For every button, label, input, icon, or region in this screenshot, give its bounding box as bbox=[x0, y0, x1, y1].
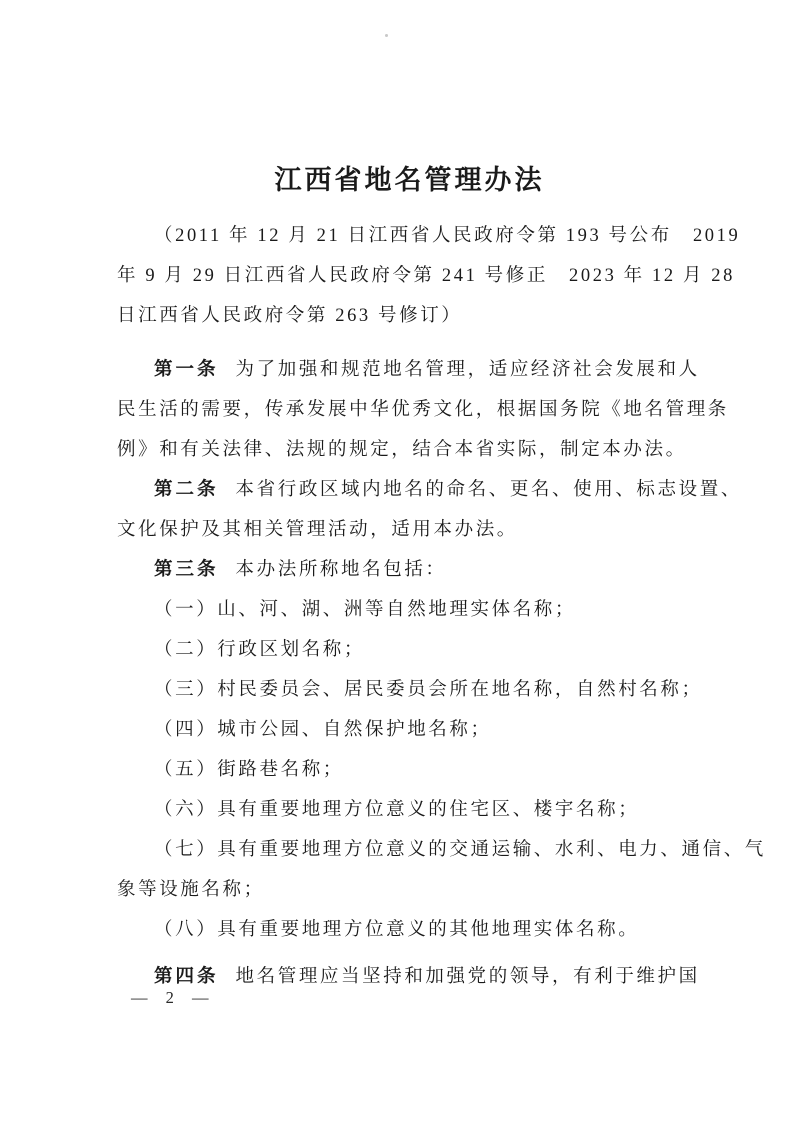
line-text: 民生活的需要，传承发展中华优秀文化，根据国务院《地名管理条 bbox=[117, 400, 729, 420]
line-text: 为了加强和规范地名管理，适应经济社会发展和人 bbox=[236, 360, 700, 380]
paragraph-item: （六）具有重要地理方位意义的住宅区、楼宇名称； bbox=[117, 790, 712, 830]
document-page: 江西省地名管理办法 （2011 年 12 月 21 日江西省人民政府令第 193… bbox=[0, 0, 802, 1133]
article-label: 第一条 bbox=[154, 360, 219, 380]
line-text: 年 9 月 29 日江西省人民政府令第 241 号修正 2023 年 12 月 … bbox=[117, 266, 735, 286]
document-title: 江西省地名管理办法 bbox=[0, 0, 802, 204]
document-body: （2011 年 12 月 21 日江西省人民政府令第 193 号公布 2019年… bbox=[117, 216, 712, 997]
text-line: 第一条为了加强和规范地名管理，适应经济社会发展和人 bbox=[117, 350, 712, 390]
line-text: （三）村民委员会、居民委员会所在地名称，自然村名称； bbox=[154, 680, 703, 700]
line-text: （五）街路巷名称； bbox=[154, 760, 344, 780]
line-text: （2011 年 12 月 21 日江西省人民政府令第 193 号公布 2019 bbox=[154, 226, 740, 246]
line-text: （八）具有重要地理方位意义的其他地理实体名称。 bbox=[154, 920, 639, 940]
line-text: 文化保护及其相关管理活动，适用本办法。 bbox=[117, 520, 518, 540]
text-line: （三）村民委员会、居民委员会所在地名称，自然村名称； bbox=[117, 670, 712, 710]
text-line: （八）具有重要地理方位意义的其他地理实体名称。 bbox=[117, 910, 712, 950]
line-text: （四）城市公园、自然保护地名称； bbox=[154, 720, 492, 740]
text-line: （四）城市公园、自然保护地名称； bbox=[117, 710, 712, 750]
line-text: 例》和有关法律、法规的规定，结合本省实际，制定本办法。 bbox=[117, 440, 687, 460]
text-line: 文化保护及其相关管理活动，适用本办法。 bbox=[117, 510, 712, 550]
text-line: 例》和有关法律、法规的规定，结合本省实际，制定本办法。 bbox=[117, 430, 712, 470]
article-label: 第四条 bbox=[154, 967, 219, 987]
paragraph-pubnote: （2011 年 12 月 21 日江西省人民政府令第 193 号公布 2019年… bbox=[117, 216, 712, 336]
line-text: 本办法所称地名包括： bbox=[236, 560, 447, 580]
line-text: 象等设施名称； bbox=[117, 880, 265, 900]
text-line: 民生活的需要，传承发展中华优秀文化，根据国务院《地名管理条 bbox=[117, 390, 712, 430]
paragraph-item: （一）山、河、湖、洲等自然地理实体名称； bbox=[117, 590, 712, 630]
paragraph-article: 第三条本办法所称地名包括： bbox=[117, 550, 712, 590]
text-line: 年 9 月 29 日江西省人民政府令第 241 号修正 2023 年 12 月 … bbox=[117, 256, 712, 296]
line-text: 本省行政区域内地名的命名、更名、使用、标志设置、 bbox=[236, 480, 742, 500]
line-text: 日江西省人民政府令第 263 号修订） bbox=[117, 306, 462, 326]
text-line: （五）街路巷名称； bbox=[117, 750, 712, 790]
text-line: （二）行政区划名称； bbox=[117, 630, 712, 670]
paragraph-item: （五）街路巷名称； bbox=[117, 750, 712, 790]
text-line: 第三条本办法所称地名包括： bbox=[117, 550, 712, 590]
paragraph-item: （七）具有重要地理方位意义的交通运输、水利、电力、通信、气象等设施名称； bbox=[117, 830, 712, 910]
article-label: 第二条 bbox=[154, 480, 219, 500]
paragraph-item: （二）行政区划名称； bbox=[117, 630, 712, 670]
paragraph-item: （四）城市公园、自然保护地名称； bbox=[117, 710, 712, 750]
article-label: 第三条 bbox=[154, 560, 219, 580]
text-line: （一）山、河、湖、洲等自然地理实体名称； bbox=[117, 590, 712, 630]
text-line: 象等设施名称； bbox=[117, 870, 712, 910]
line-text: （一）山、河、湖、洲等自然地理实体名称； bbox=[154, 600, 576, 620]
text-line: 日江西省人民政府令第 263 号修订） bbox=[117, 296, 712, 336]
text-line: （六）具有重要地理方位意义的住宅区、楼宇名称； bbox=[117, 790, 712, 830]
line-text: 地名管理应当坚持和加强党的领导，有利于维护国 bbox=[236, 967, 700, 987]
text-line: 第二条本省行政区域内地名的命名、更名、使用、标志设置、 bbox=[117, 470, 712, 510]
scan-artifact-dot bbox=[385, 34, 388, 37]
paragraph-article: 第一条为了加强和规范地名管理，适应经济社会发展和人民生活的需要，传承发展中华优秀… bbox=[117, 350, 712, 470]
line-text: （二）行政区划名称； bbox=[154, 640, 365, 660]
line-text: （七）具有重要地理方位意义的交通运输、水利、电力、通信、气 bbox=[154, 840, 766, 860]
text-line: （七）具有重要地理方位意义的交通运输、水利、电力、通信、气 bbox=[117, 830, 712, 870]
text-line: （2011 年 12 月 21 日江西省人民政府令第 193 号公布 2019 bbox=[117, 216, 712, 256]
paragraph-item: （八）具有重要地理方位意义的其他地理实体名称。 bbox=[117, 910, 712, 950]
paragraph-article: 第二条本省行政区域内地名的命名、更名、使用、标志设置、文化保护及其相关管理活动，… bbox=[117, 470, 712, 550]
paragraph-item: （三）村民委员会、居民委员会所在地名称，自然村名称； bbox=[117, 670, 712, 710]
line-text: （六）具有重要地理方位意义的住宅区、楼宇名称； bbox=[154, 800, 639, 820]
page-number: — 2 — bbox=[131, 988, 216, 1008]
